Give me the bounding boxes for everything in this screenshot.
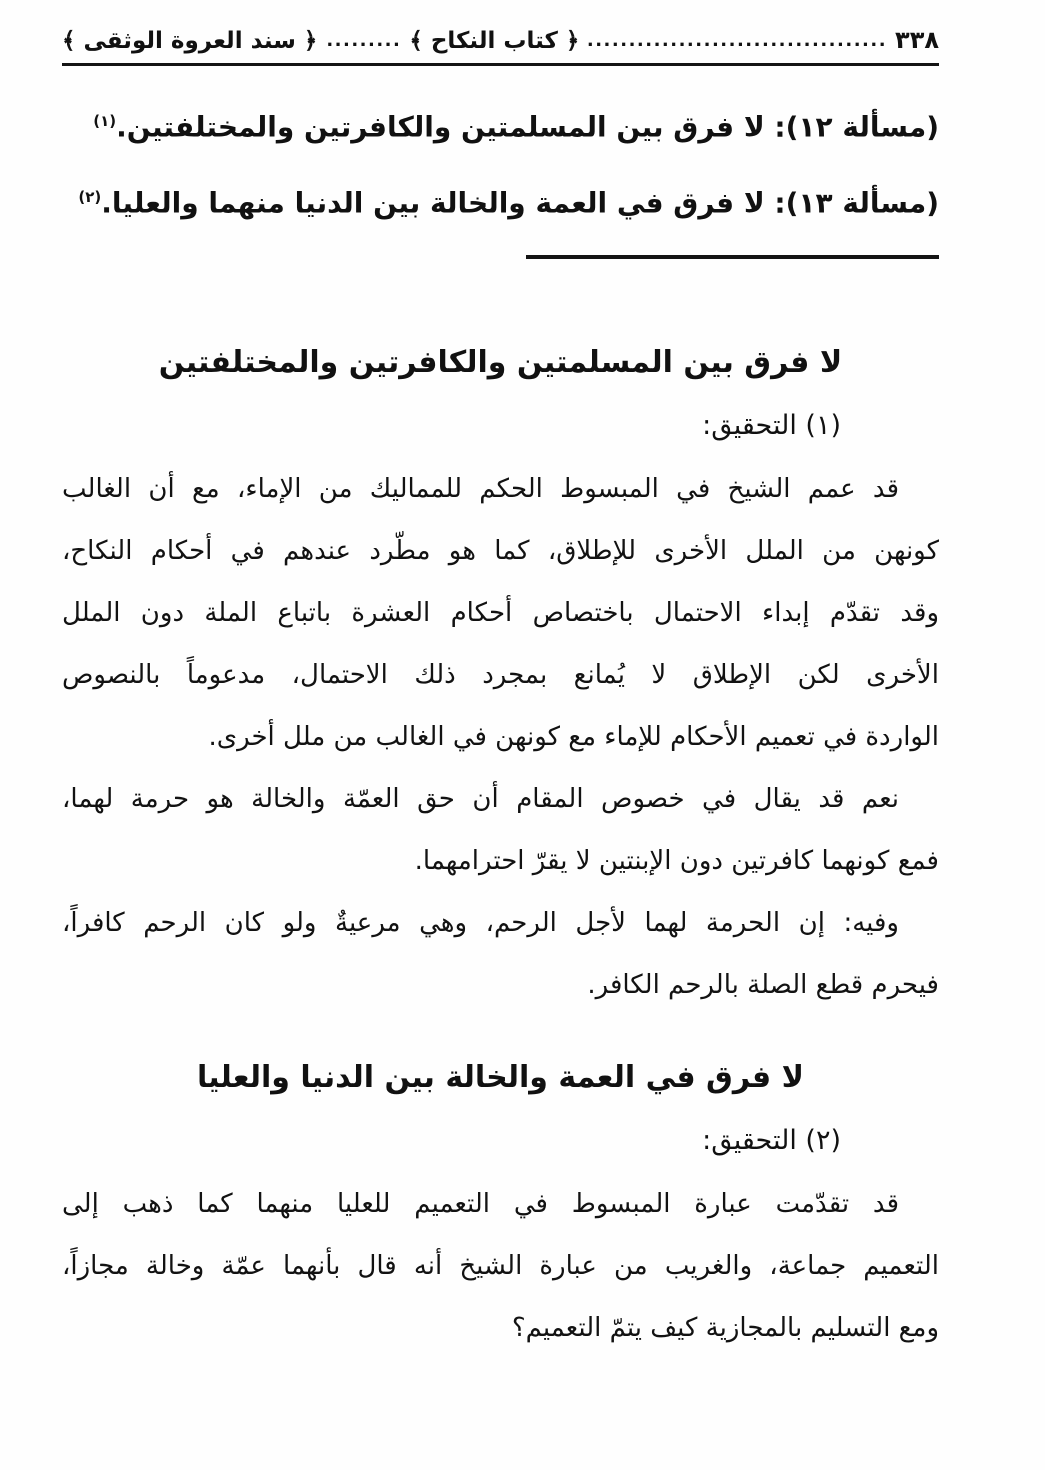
text-line: وقد تقدّم إبداء الاحتمال باختصاص أحكام ا… [62, 582, 939, 644]
dotted-leader: ........................................… [587, 30, 887, 51]
section-heading-1: لا فرق بين المسلمتين والكافرتين والمختلف… [62, 345, 939, 380]
text-line: الواردة في تعميم الأحكام للإماء مع كونهن… [62, 706, 939, 768]
masala-line-13: (مسألة ١٣): لا فرق في العمة والخالة بين … [62, 162, 939, 238]
page-header: ٣٣٨ ....................................… [62, 26, 939, 54]
book-page: ٣٣٨ ....................................… [0, 0, 1045, 1470]
text-line: فمع كونهما كافرتين دون الإبنتين لا يقرّ … [62, 830, 939, 892]
text-line: وفيه: إن الحرمة لهما لأجل الرحم، وهي مرع… [62, 892, 939, 954]
text-line: الأخرى لكن الإطلاق لا يُمانع بمجرد ذلك ا… [62, 644, 939, 706]
text-line: قد عمم الشيخ في المبسوط الحكم للمماليك م… [62, 458, 939, 520]
page-number: ٣٣٨ [895, 26, 939, 54]
header-rule [62, 63, 939, 66]
text-line: ومع التسليم بالمجازية كيف يتمّ التعميم؟ [62, 1297, 939, 1359]
text-line: نعم قد يقال في خصوص المقام أن حق العمّة … [62, 768, 939, 830]
masala-12-text: (مسألة ١٢): لا فرق بين المسلمتين والكافر… [116, 110, 939, 143]
paragraph-3: وفيه: إن الحرمة لهما لأجل الرحم، وهي مرع… [62, 892, 939, 1016]
paragraph-4: قد تقدّمت عبارة المبسوط في التعميم للعلي… [62, 1173, 939, 1359]
tahqiq-label-1: (١) التحقيق: [62, 406, 939, 446]
text-line: التعميم جماعة، والغريب من عبارة الشيخ أن… [62, 1235, 939, 1297]
paragraph-1: قد عمم الشيخ في المبسوط الحكم للمماليك م… [62, 458, 939, 768]
footnote-separator [526, 255, 939, 259]
text-line: قد تقدّمت عبارة المبسوط في التعميم للعلي… [62, 1173, 939, 1235]
chapter-title: ﴿ كتاب النكاح ﴾ [409, 28, 579, 54]
masala-13-text: (مسألة ١٣): لا فرق في العمة والخالة بين … [101, 187, 939, 220]
masala-line-12: (مسألة ١٢): لا فرق بين المسلمتين والكافر… [62, 86, 939, 162]
text-line: كونهن من الملل الأخرى للإطلاق، كما هو مط… [62, 520, 939, 582]
book-title: ﴿ سند العروة الوثقى ﴾ [62, 28, 317, 54]
tahqiq-label-2: (٢) التحقيق: [62, 1121, 939, 1161]
text-line: فيحرم قطع الصلة بالرحم الكافر. [62, 954, 939, 1016]
paragraph-2: نعم قد يقال في خصوص المقام أن حق العمّة … [62, 768, 939, 892]
dotted-leader-short: ......... [325, 30, 401, 51]
masala-block: (مسألة ١٢): لا فرق بين المسلمتين والكافر… [62, 86, 939, 239]
footnote-ref-2: (٢) [78, 188, 101, 206]
footnote-ref-1: (١) [93, 112, 116, 130]
section-heading-2: لا فرق في العمة والخالة بين الدنيا والعل… [62, 1060, 939, 1095]
